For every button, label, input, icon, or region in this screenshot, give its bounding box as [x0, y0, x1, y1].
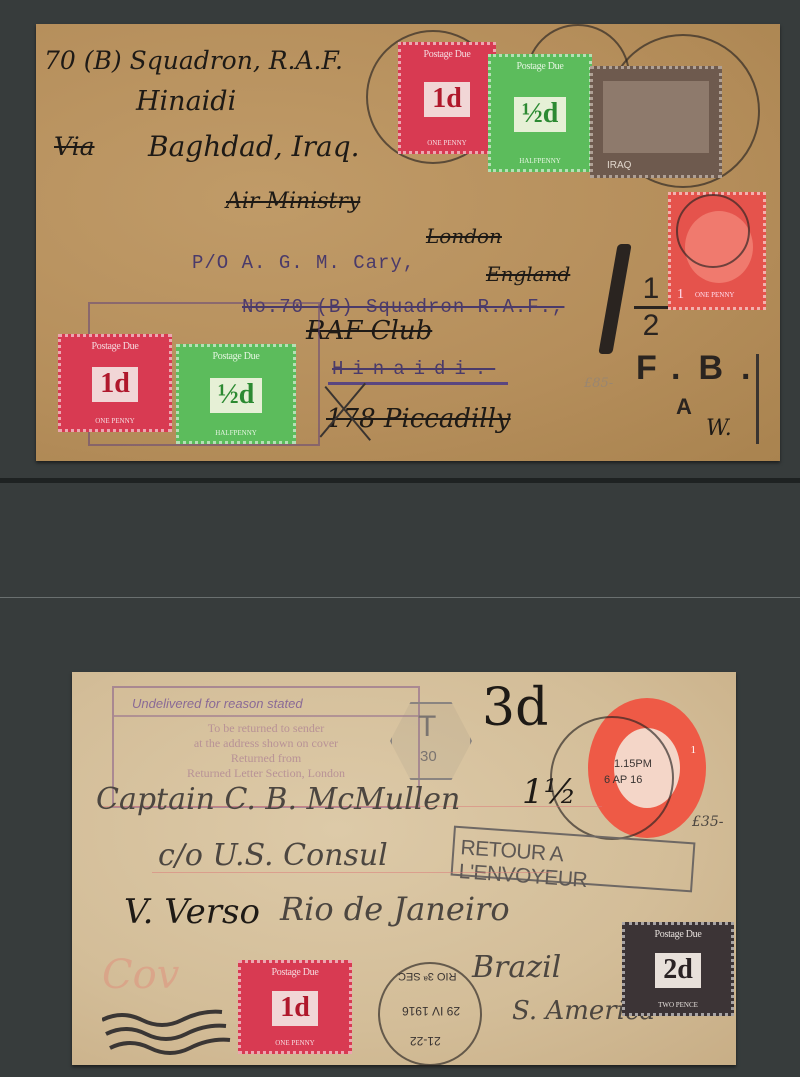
a-mark: A: [676, 394, 692, 420]
charge-half: 1 2: [634, 274, 668, 341]
typed-hinaidi: Hinaidi.: [332, 358, 495, 380]
faint-red-mark: Cov: [102, 952, 179, 998]
struck-raf-club: RAF Club: [306, 316, 432, 346]
charge-stroke-1: [598, 244, 631, 354]
purple-underline: [328, 382, 508, 385]
address-consul: c/o U.S. Consul: [158, 838, 388, 873]
address-rio: Rio de Janeiro: [280, 890, 510, 928]
cover-brazil: Undelivered for reason stated To be retu…: [72, 672, 736, 1065]
charge-3d: 3d: [482, 678, 548, 738]
address-line-baghdad: Baghdad, Iraq.: [148, 130, 360, 163]
stamp-iraq: IRAQ: [590, 66, 722, 178]
address-brazil: Brazil: [472, 950, 561, 985]
cover-iraq: 70 (B) Squadron, R.A.F. Hinaidi Via Bagh…: [36, 24, 780, 461]
address-captain: Captain C. B. McMullen: [96, 782, 460, 817]
album-strip-divider: [0, 478, 800, 483]
struck-england: England: [486, 262, 570, 286]
stamp-postage-due-1d-lower: Postage Due 1d ONE PENNY: [58, 334, 172, 432]
stamp-postage-due-1d: Postage Due 1d ONE PENNY: [398, 42, 496, 154]
pencil-stroke: [756, 354, 759, 444]
stamp-postage-due-2d: Postage Due 2d TWO PENCE: [622, 922, 734, 1016]
address-line-squadron: 70 (B) Squadron, R.A.F.: [44, 46, 343, 75]
address-struck-via: Via: [54, 132, 95, 161]
pencil-price: £85-: [584, 376, 613, 391]
w-mark: W.: [706, 416, 732, 441]
album-strip-line: [0, 597, 800, 598]
struck-air-ministry: Air Ministry: [226, 189, 360, 214]
address-line-hinaidi: Hinaidi: [136, 86, 236, 117]
typed-name: P/O A. G. M. Cary,: [192, 252, 415, 274]
wavy-cancel: [102, 1002, 242, 1062]
pencil-price: £35-: [692, 814, 723, 830]
postmark-cds: 1.15PM 6 AP 16: [550, 716, 674, 840]
struck-london: London: [426, 224, 502, 248]
stamp-postage-due-halfpenny-lower: Postage Due ½d HALFPENNY: [176, 344, 296, 444]
postmark-rio: RIO 3ª SEC 29 IV 1916 21-22: [378, 962, 482, 1066]
stamp-postage-due-1d: Postage Due 1d ONE PENNY: [238, 960, 352, 1054]
fb-mark: F.B.: [636, 349, 768, 388]
stamp-postage-due-halfpenny: Postage Due ½d HALFPENNY: [488, 54, 592, 172]
postmark-on-kgv: [676, 194, 750, 268]
verso-note: V. Verso: [124, 892, 260, 932]
